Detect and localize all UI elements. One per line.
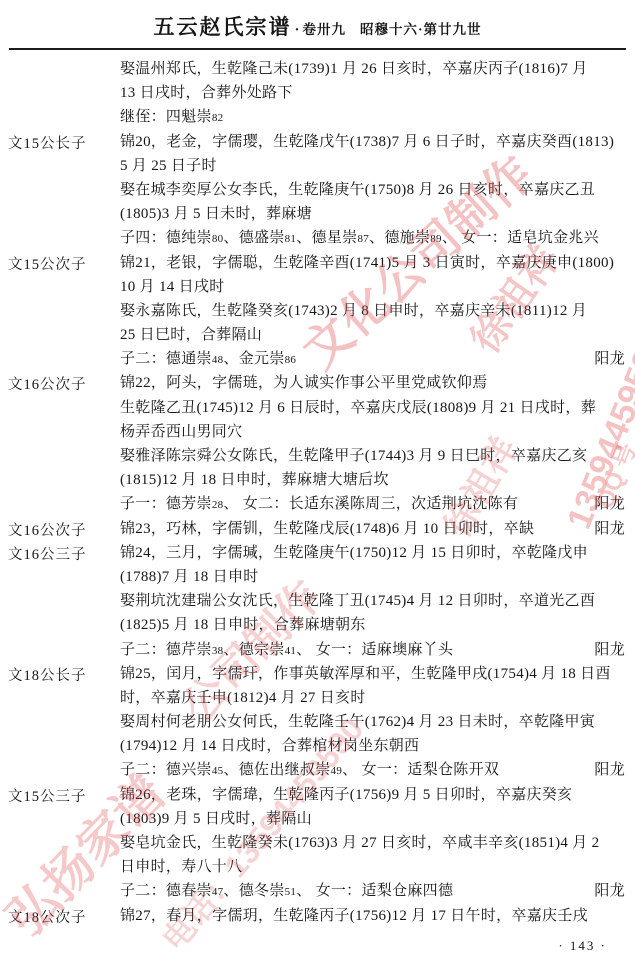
entry-text-line: 继侄：四魁崇82	[120, 105, 627, 129]
entry-text-line: 25 日巳时，合葬隔山	[120, 323, 627, 347]
entry-lines: 娶温州郑氏，生乾隆己未(1739)1 月 26 日亥时，卒嘉庆丙子(1816)7…	[120, 57, 627, 130]
entry-relation-label: 文16公次子	[8, 373, 87, 394]
genealogy-title: 五云赵氏宗谱	[153, 15, 291, 39]
generation-number: 89	[430, 233, 442, 245]
entry-text-line: 娶在城李奕厚公女李氏，生乾隆庚午(1750)8 月 26 日亥时，卒嘉庆乙丑	[120, 178, 627, 202]
genealogy-entry: 文18公次子锦27，春月，字儒玥，生乾隆丙子(1756)12 月 17 日午时，…	[0, 904, 635, 928]
genealogy-body: 娶温州郑氏，生乾隆己未(1739)1 月 26 日亥时，卒嘉庆丙子(1816)7…	[0, 57, 635, 928]
generation-number: 28	[212, 499, 224, 511]
entry-lines: 锦20，老金，字儒璎，生乾隆戊午(1738)7 月 6 日子时，卒嘉庆癸酉(18…	[120, 130, 627, 251]
entry-lines: 锦22，阿头，字儒琏，为人诚实作事公平里党咸钦仰焉生乾隆乙丑(1745)12 月…	[120, 371, 627, 516]
entry-text-line: 娶温州郑氏，生乾隆己未(1739)1 月 26 日亥时，卒嘉庆丙子(1816)7…	[120, 57, 627, 81]
volume-label: 卷卅九	[303, 22, 347, 37]
generation-number: 38	[212, 645, 224, 657]
entry-relation-label: 文16公次子	[8, 519, 87, 540]
genealogy-entry: 文15公三子锦26，老珠，字儒瑋，生乾隆丙子(1756)9 月 5 日卯时，卒嘉…	[0, 783, 635, 904]
entry-text-line: 锦21，老银，字儒聪，生乾隆辛酉(1741)5 月 3 日寅时，卒嘉庆庚申(18…	[120, 251, 627, 275]
entry-text-line: (1803)9 月 5 日戌时，葬隔山	[120, 807, 627, 831]
genealogy-entry: 文16公次子锦23，巧林，字儒钏，生乾隆戊辰(1748)6 月 10 日卯时，卒…	[0, 517, 635, 541]
page-number: · 143 ·	[558, 938, 607, 954]
generation-number: 41	[285, 645, 297, 657]
header-rule	[9, 48, 626, 50]
entry-text-line: 锦23，巧林，字儒钏，生乾隆戊辰(1748)6 月 10 日卯时，卒缺阳龙	[120, 517, 627, 541]
genealogy-entry: 文15公次子锦21，老银，字儒聪，生乾隆辛酉(1741)5 月 3 日寅时，卒嘉…	[0, 251, 635, 372]
entry-lines: 锦23，巧林，字儒钏，生乾隆戊辰(1748)6 月 10 日卯时，卒缺阳龙	[120, 517, 627, 541]
entry-text-line: 时，卒嘉庆壬申(1812)4 月 27 日亥时	[120, 686, 627, 710]
entry-text-line: 锦22，阿头，字儒琏，为人诚实作事公平里党咸钦仰焉	[120, 371, 627, 395]
entry-relation-label: 文15公次子	[8, 253, 87, 274]
entry-text-line: (1794)12 月 14 日戌时，合葬棺材岗坐东朝西	[120, 734, 627, 758]
genealogy-entry: 娶温州郑氏，生乾隆己未(1739)1 月 26 日亥时，卒嘉庆丙子(1816)7…	[0, 57, 635, 130]
entry-text-line: 娶皂坑金氏，生乾隆癸未(1763)3 月 27 日亥时，卒咸丰辛亥(1851)4…	[120, 831, 627, 855]
entry-text-line: 锦24，三月，字儒瑊，生乾隆庚午(1750)12 月 15 日卯时，卒乾隆戊申	[120, 541, 627, 565]
entry-text-line: 娶周村何老朋公女何氏，生乾隆壬午(1762)4 月 23 日未时，卒乾隆甲寅	[120, 710, 627, 734]
entry-text-line: 子二：德兴崇45、德佐出继叔崇49、 女一：适梨仓陈开双阳龙	[120, 758, 627, 782]
margin-note: 阳龙	[594, 638, 625, 662]
entry-text-line: 13 日戌时，合葬外处路下	[120, 81, 627, 105]
entry-text-line: (1825)5 月 18 日申时，合葬麻塘朝东	[120, 613, 627, 637]
generation-number: 86	[285, 354, 297, 366]
margin-note: 阳龙	[594, 492, 625, 516]
margin-note: 阳龙	[594, 758, 625, 782]
margin-note: 阳龙	[594, 517, 625, 541]
genealogy-entry: 文16公次子锦22，阿头，字儒琏，为人诚实作事公平里党咸钦仰焉生乾隆乙丑(174…	[0, 371, 635, 516]
entry-text-line: 娶雅泽陈宗舜公女陈氏，生乾隆甲子(1744)3 月 9 日巳时，卒嘉庆乙亥	[120, 444, 627, 468]
entry-text-line: 子二：德芹崇38、德宗崇41、 女一：适麻墺麻丫头阳龙	[120, 638, 627, 662]
entry-lines: 锦24，三月，字儒瑊，生乾隆庚午(1750)12 月 15 日卯时，卒乾隆戊申(…	[120, 541, 627, 662]
page-header: 五云赵氏宗谱·卷卅九昭穆十六·第廿九世	[0, 0, 635, 41]
genealogy-entry: 文16公三子锦24，三月，字儒瑊，生乾隆庚午(1750)12 月 15 日卯时，…	[0, 541, 635, 662]
entry-text-line: 锦27，春月，字儒玥，生乾隆丙子(1756)12 月 17 日午时，卒嘉庆壬戌	[120, 904, 627, 928]
entry-relation-label: 文18公长子	[8, 664, 87, 685]
generation-number: 80	[212, 233, 224, 245]
entry-text-line: 生乾隆乙丑(1745)12 月 6 日辰时，卒嘉庆戊辰(1808)9 月 21 …	[120, 396, 627, 420]
margin-note: 阳龙	[594, 879, 625, 903]
generation-number: 48	[212, 354, 224, 366]
genealogy-entry: 文15公长子锦20，老金，字儒璎，生乾隆戊午(1738)7 月 6 日子时，卒嘉…	[0, 130, 635, 251]
title-separator: ·	[294, 22, 299, 38]
genealogy-entry: 文18公长子锦25，闰月，字儒玕，作事英敏浑厚和平，生乾隆甲戌(1754)4 月…	[0, 662, 635, 783]
generation-number: 82	[212, 112, 224, 124]
entry-text-line: 子二：德春崇47、德冬崇51、 女一：适梨仓麻四德阳龙	[120, 879, 627, 903]
entry-text-line: 子一：德芳崇28、 女二：长适东溪陈周三，次适荆坑沈陈有阳龙	[120, 492, 627, 516]
generation-number: 49	[331, 765, 343, 777]
entry-text-line: 锦20，老金，字儒璎，生乾隆戊午(1738)7 月 6 日子时，卒嘉庆癸酉(18…	[120, 130, 627, 154]
entry-text-line: 5 月 25 日子时	[120, 154, 627, 178]
entry-text-line: 锦25，闰月，字儒玕，作事英敏浑厚和平，生乾隆甲戌(1754)4 月 18 日酉	[120, 662, 627, 686]
generation-number: 51	[285, 886, 297, 898]
entry-text-line: (1815)12 月 18 日申时，葬麻塘大塘后坎	[120, 468, 627, 492]
entry-text-line: 娶荆坑沈建瑞公女沈氏，生乾隆丁丑(1745)4 月 12 日卯时，卒道光乙酉	[120, 589, 627, 613]
generation-number: 45	[212, 765, 224, 777]
margin-note: 阳龙	[594, 347, 625, 371]
entry-text-line: 锦26，老珠，字儒瑋，生乾隆丙子(1756)9 月 5 日卯时，卒嘉庆癸亥	[120, 783, 627, 807]
entry-lines: 锦26，老珠，字儒瑋，生乾隆丙子(1756)9 月 5 日卯时，卒嘉庆癸亥(18…	[120, 783, 627, 904]
entry-relation-label: 文18公次子	[8, 906, 87, 927]
generation-number: 47	[212, 886, 224, 898]
entry-text-line: 日申时，寿八十八	[120, 855, 627, 879]
entry-lines: 锦25，闰月，字儒玕，作事英敏浑厚和平，生乾隆甲戌(1754)4 月 18 日酉…	[120, 662, 627, 783]
entry-lines: 锦27，春月，字儒玥，生乾隆丙子(1756)12 月 17 日午时，卒嘉庆壬戌	[120, 904, 627, 928]
generation-number: 81	[285, 233, 297, 245]
entry-relation-label: 文15公三子	[8, 785, 87, 806]
entry-text-line: 子四：德纯崇80、德盛崇81、德星崇87、德施崇89、 女一：适皂坑金兆兴	[120, 226, 627, 250]
entry-relation-label: 文15公长子	[8, 132, 87, 153]
entry-text-line: 10 月 14 日戌时	[120, 275, 627, 299]
entry-text-line: 杨弄岙西山男同穴	[120, 420, 627, 444]
entry-relation-label: 文16公三子	[8, 543, 87, 564]
entry-text-line: (1788)7 月 18 日申时	[120, 565, 627, 589]
entry-text-line: 子二：德通崇48、金元崇86阳龙	[120, 347, 627, 371]
entry-text-line: (1805)3 月 5 日未时，葬麻塘	[120, 202, 627, 226]
generation-number: 87	[357, 233, 369, 245]
entry-text-line: 娶永嘉陈氏，生乾隆癸亥(1743)2 月 8 日申时，卒嘉庆辛未(1811)12…	[120, 299, 627, 323]
section-label: 昭穆十六·第廿九世	[360, 22, 482, 37]
entry-lines: 锦21，老银，字儒聪，生乾隆辛酉(1741)5 月 3 日寅时，卒嘉庆庚申(18…	[120, 251, 627, 372]
